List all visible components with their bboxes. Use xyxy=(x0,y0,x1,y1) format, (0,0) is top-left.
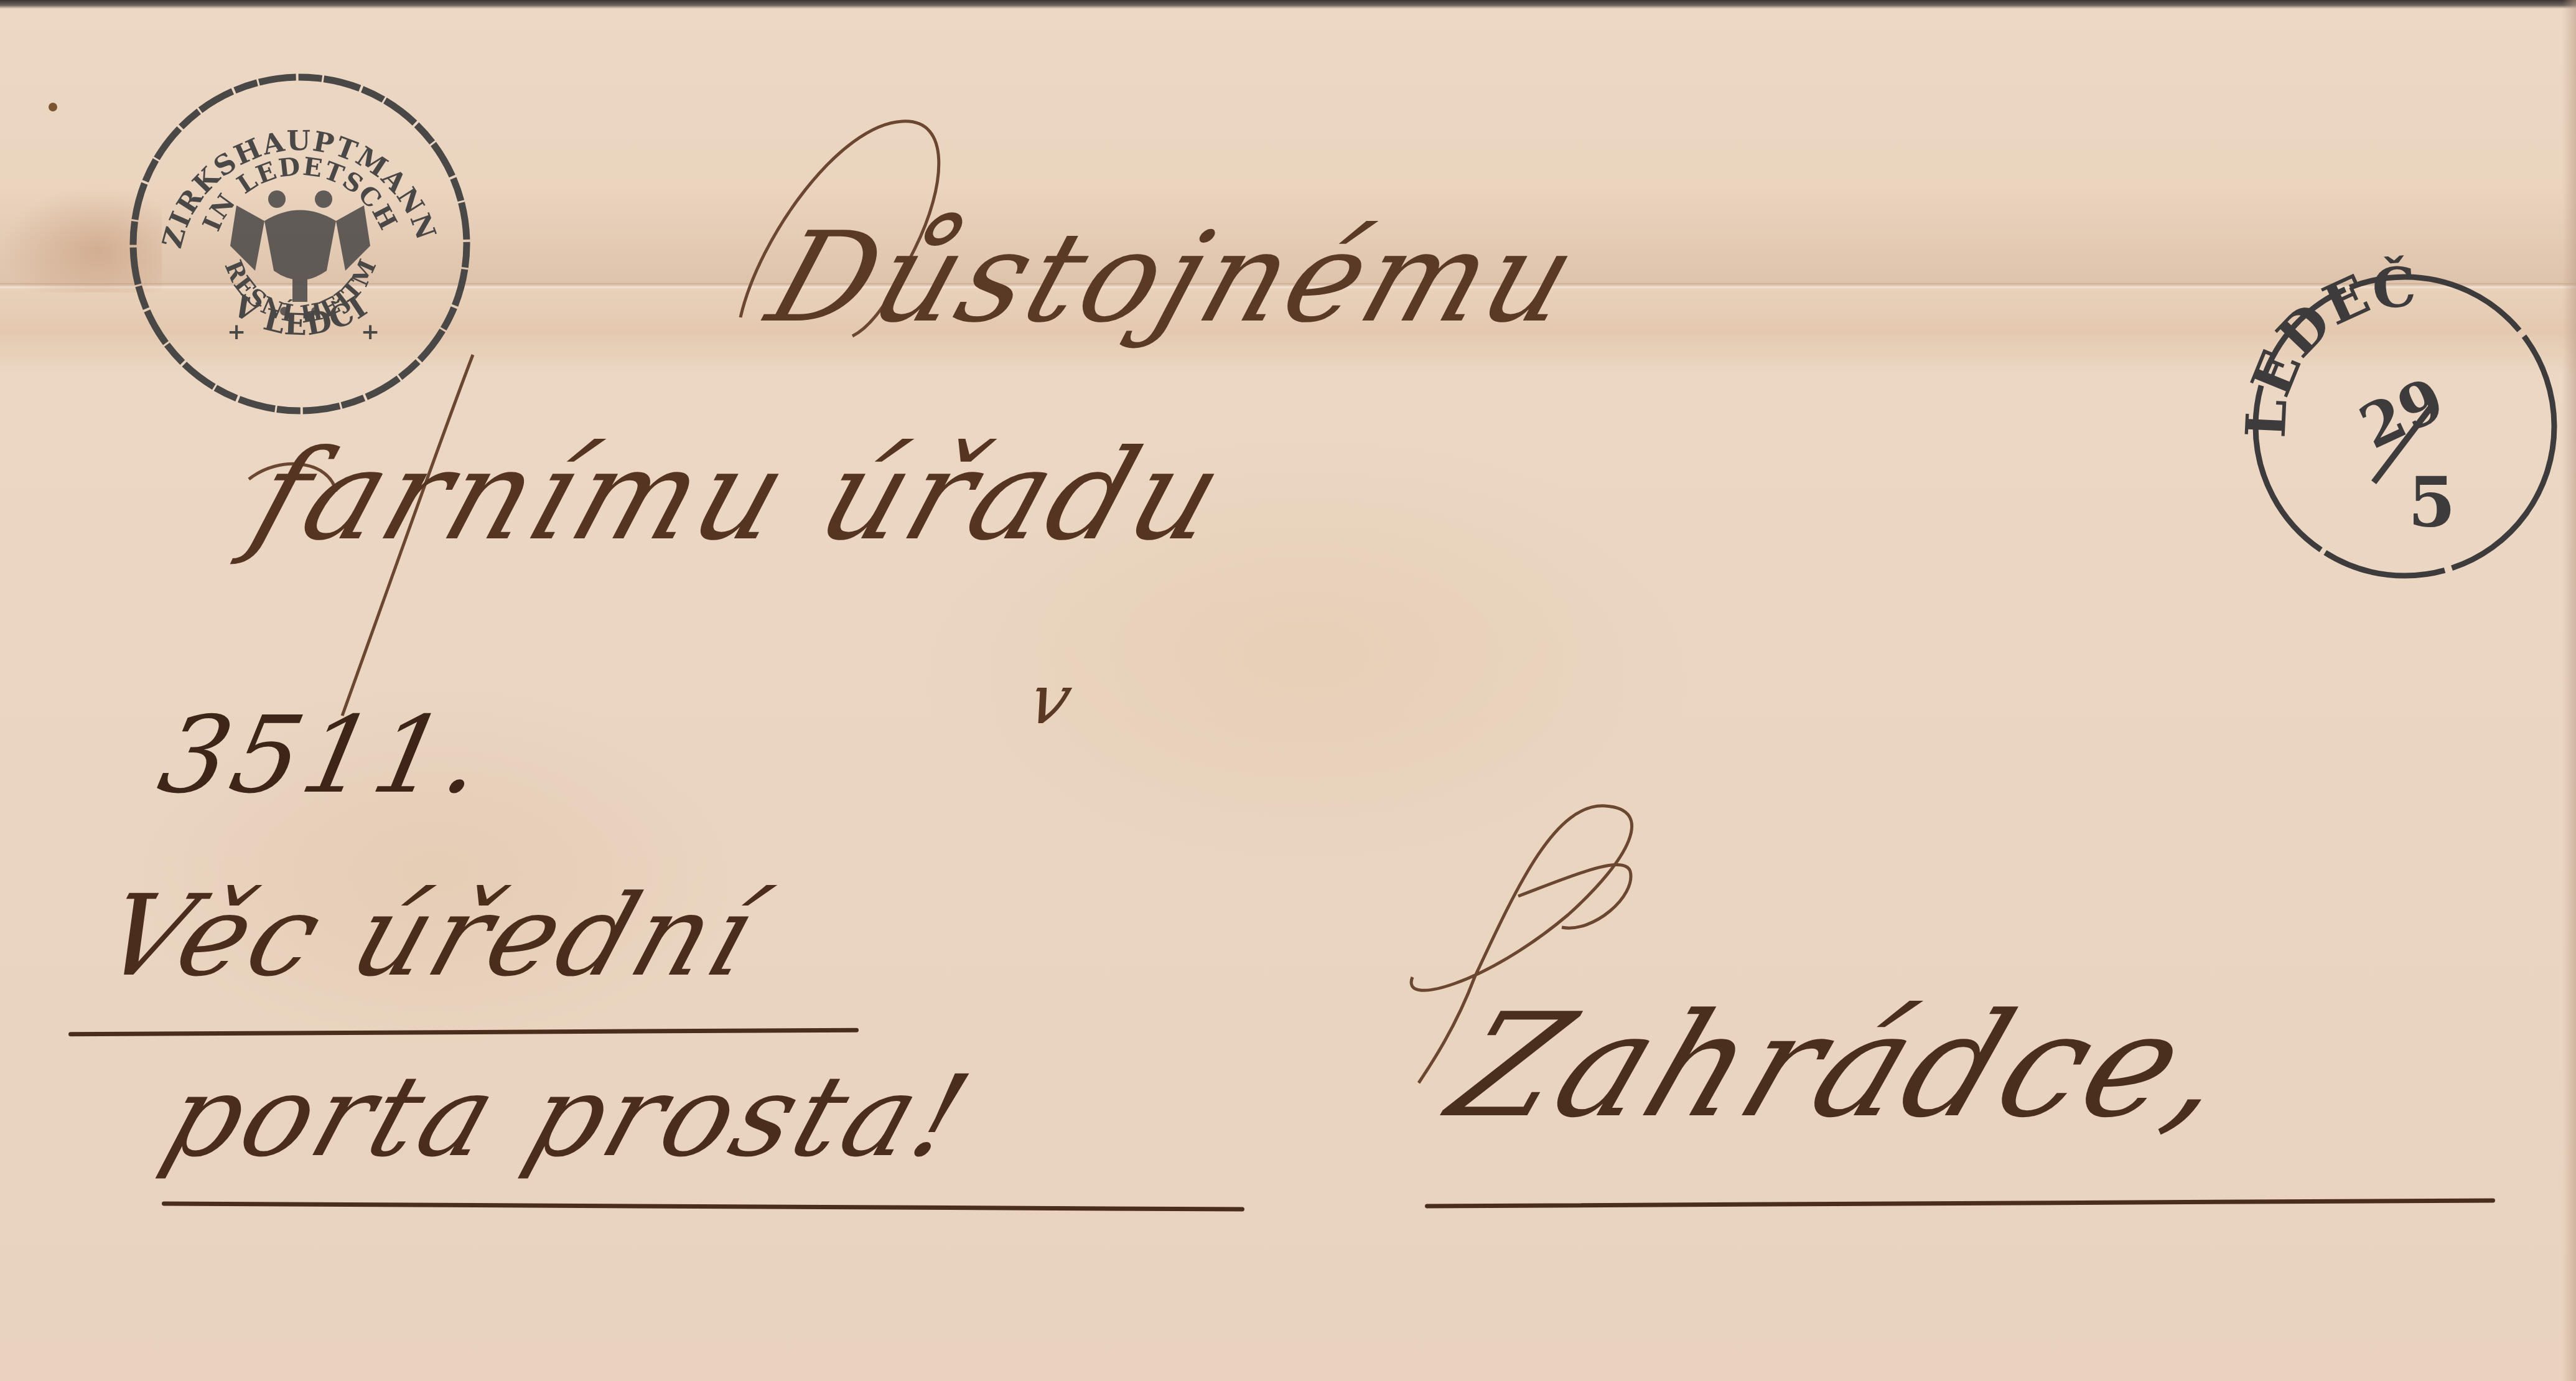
postage-free-note: porta prosta! xyxy=(149,1052,987,1182)
ink-spot xyxy=(49,103,57,111)
right-edge xyxy=(2562,0,2576,1381)
address-line-2: farnímu úřadu xyxy=(236,423,1243,568)
destination-underline xyxy=(1425,1198,2495,1208)
official-matter-note: Věc úřední xyxy=(87,871,773,1001)
address-line-1: Důstojnému xyxy=(753,205,1597,350)
postmark-stamp: LEDEČ 29 5 xyxy=(2231,252,2567,594)
official-seal-stamp: K.K. BEZIRKSHAUPTMANNSCHAFT IN LEDETSCH … xyxy=(121,65,479,423)
svg-text:5: 5 xyxy=(2408,462,2456,542)
reference-number: 3511. xyxy=(149,694,497,817)
svg-text:+: + xyxy=(361,319,381,345)
postmark-icon: LEDEČ 29 5 xyxy=(2231,252,2567,594)
svg-text:+: + xyxy=(227,319,247,345)
address-line-3: v xyxy=(1020,660,1084,739)
letter-cover: K.K. BEZIRKSHAUPTMANNSCHAFT IN LEDETSCH … xyxy=(0,0,2576,1381)
top-edge-shadow xyxy=(0,0,2576,9)
destination-town: Zahrádce, xyxy=(1431,983,2258,1149)
postage-note-underline xyxy=(162,1201,1244,1211)
official-matter-underline xyxy=(68,1028,859,1037)
seal-icon: K.K. BEZIRKSHAUPTMANNSCHAFT IN LEDETSCH … xyxy=(121,65,479,423)
